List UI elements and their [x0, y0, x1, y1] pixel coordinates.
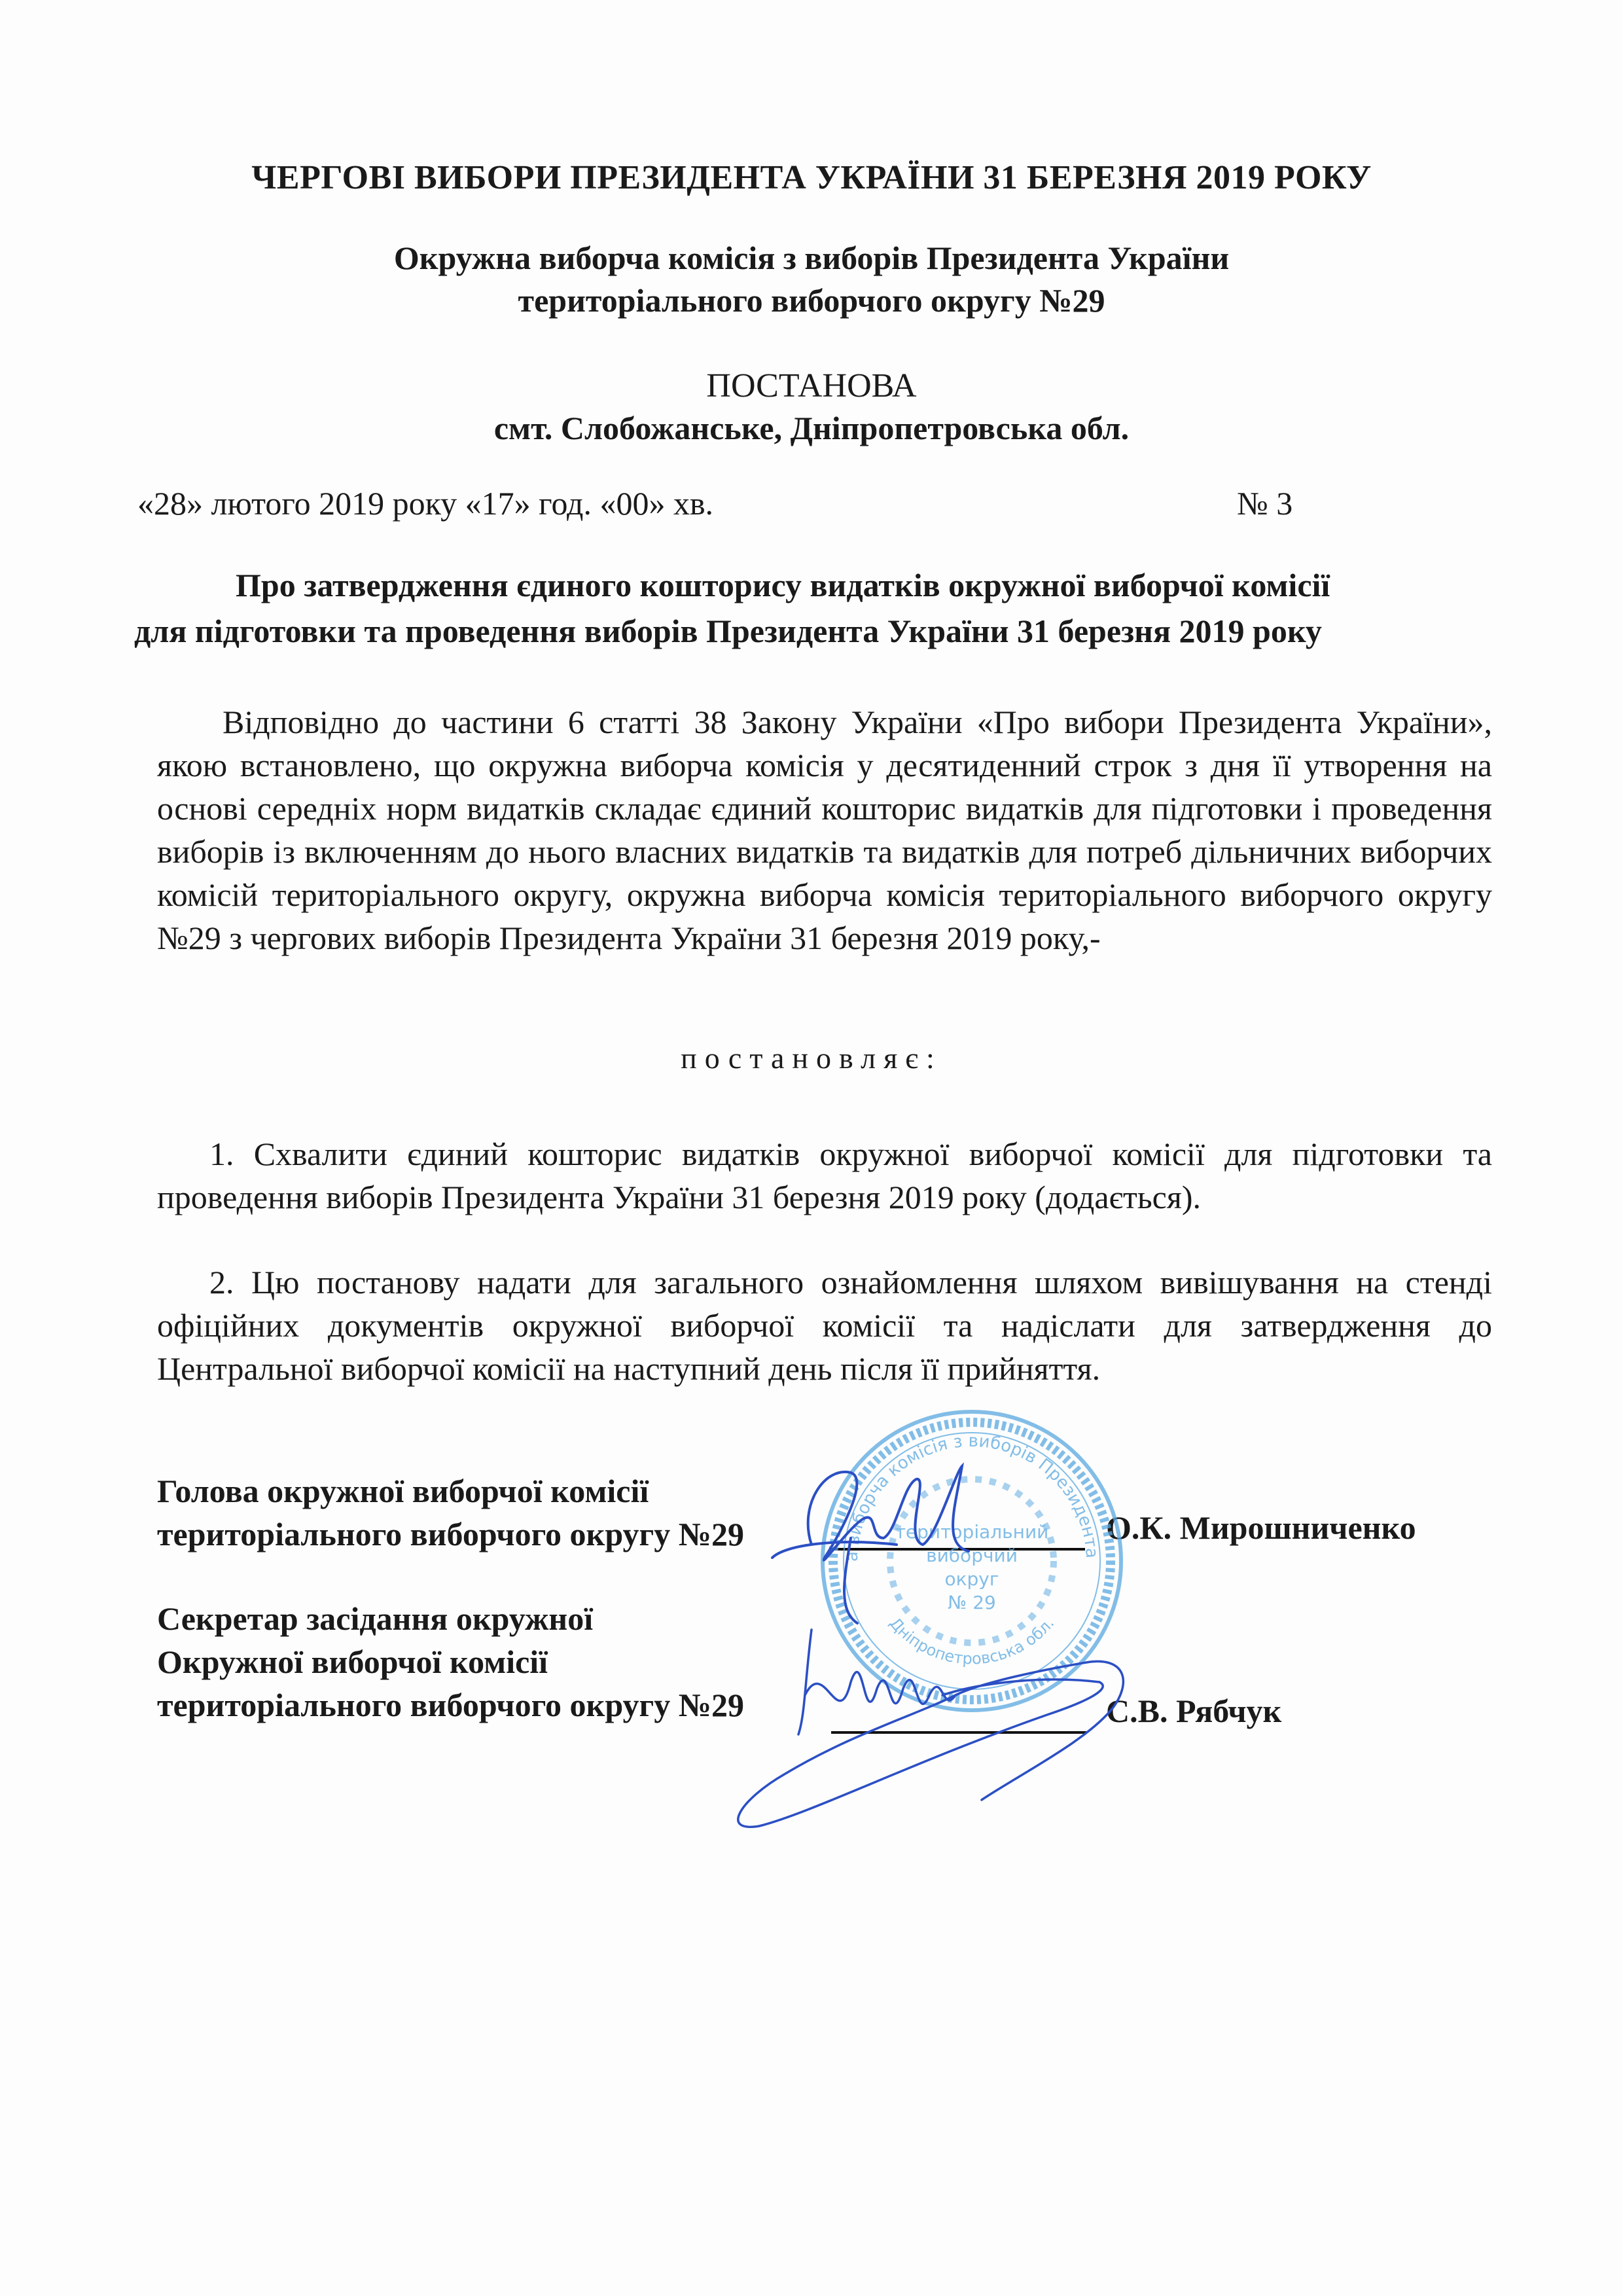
svg-text:Дніпропетровська обл.: Дніпропетровська обл.: [886, 1614, 1058, 1668]
secretary-name: С.В. Рябчук: [1106, 1692, 1281, 1730]
preamble-paragraph: Відповідно до частини 6 статті 38 Закону…: [157, 700, 1492, 960]
document-dateline: «28» лютого 2019 року «17» год. «00» хв.: [137, 484, 713, 522]
election-title: ЧЕРГОВІ ВИБОРИ ПРЕЗИДЕНТА УКРАЇНИ 31 БЕР…: [0, 158, 1623, 197]
resolves-heading: постановляє:: [0, 1041, 1623, 1075]
stamp-inner-line-2: виборчий: [926, 1545, 1018, 1566]
stamp-inner-line-1: територіальний: [895, 1521, 1049, 1543]
document-type: ПОСТАНОВА: [0, 367, 1623, 405]
resolution-item-2: 2. Цю постанову надати для загального оз…: [157, 1261, 1492, 1390]
document-place: смт. Слобожанське, Дніпропетровська обл.: [0, 409, 1623, 447]
document-number: № 3: [1237, 484, 1293, 522]
commission-name-line1: Окружна виборча комісія з виборів Презид…: [0, 239, 1623, 277]
subject-line-2: для підготовки та проведення виборів Пре…: [134, 612, 1322, 650]
secretary-role-line-1: Секретар засідання окружної: [157, 1597, 744, 1640]
chair-role-line-2: територіального виборчого округу №29: [157, 1513, 744, 1556]
chair-role-line-1: Голова окружної виборчої комісії: [157, 1469, 744, 1513]
stamp-inner-line-3: округ: [944, 1568, 999, 1590]
stamp-bottom-text: Дніпропетровська обл.: [886, 1614, 1058, 1668]
signature-block-chair: Голова окружної виборчої комісії територ…: [157, 1469, 744, 1556]
secretary-role-line-3: територіального виборчого округу №29: [157, 1683, 744, 1727]
commission-name-line2: територіального виборчого округу №29: [0, 281, 1623, 319]
official-stamp-icon: Окружна виборча комісія з виборів Презид…: [818, 1407, 1126, 1715]
secretary-role-line-2: Окружної виборчої комісії: [157, 1640, 744, 1683]
resolution-item-1: 1. Схвалити єдиний кошторис видатків окр…: [157, 1132, 1492, 1219]
stamp-inner-line-4: № 29: [948, 1592, 996, 1613]
subject-line-1: Про затвердження єдиного кошторису видат…: [236, 566, 1330, 604]
chair-name: О.К. Мирошниченко: [1106, 1509, 1416, 1547]
signature-block-secretary: Секретар засідання окружної Окружної виб…: [157, 1597, 744, 1727]
signature-line-secretary: [831, 1731, 1086, 1734]
